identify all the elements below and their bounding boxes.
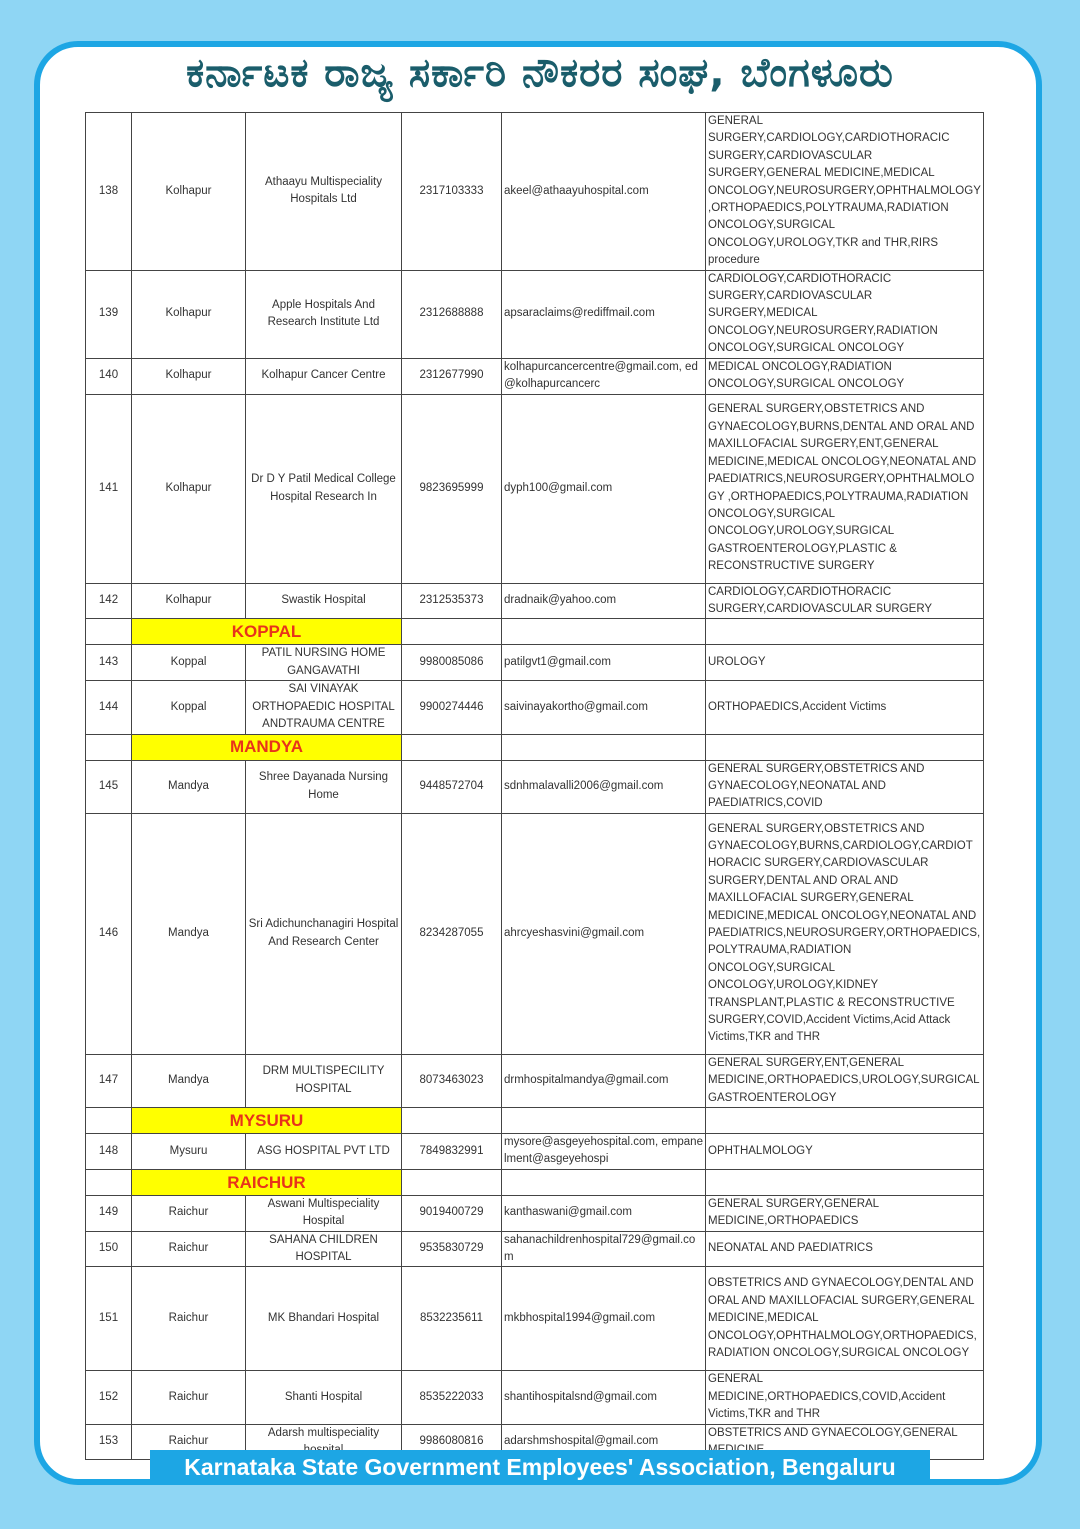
empty-cell	[86, 1169, 132, 1195]
district-header-row: MYSURU	[86, 1107, 984, 1133]
empty-cell	[706, 1107, 984, 1133]
empty-cell	[706, 734, 984, 760]
email-address: sdnhmalavalli2006@gmail.com	[502, 760, 706, 813]
district-header-row: MANDYA	[86, 734, 984, 760]
table-row: 143KoppalPATIL NURSING HOME GANGAVATHI99…	[86, 645, 984, 681]
phone-number: 9823695999	[402, 394, 502, 583]
empty-cell	[502, 734, 706, 760]
serial-number: 138	[86, 113, 132, 271]
hospital-table: 138KolhapurAthaayu Multispeciality Hospi…	[85, 112, 984, 1460]
hospital-name: Shree Dayanada Nursing Home	[246, 760, 402, 813]
email-address: patilgvt1@gmail.com	[502, 645, 706, 681]
phone-number: 2312688888	[402, 270, 502, 358]
email-address: dradnaik@yahoo.com	[502, 583, 706, 619]
table-row: 141KolhapurDr D Y Patil Medical College …	[86, 394, 984, 583]
empty-cell	[502, 1169, 706, 1195]
phone-number: 8234287055	[402, 813, 502, 1054]
district-label: MYSURU	[132, 1107, 402, 1133]
specialities: UROLOGY	[706, 645, 984, 681]
table-row: 139KolhapurApple Hospitals And Research …	[86, 270, 984, 358]
hospital-name: SAHANA CHILDREN HOSPITAL	[246, 1231, 402, 1267]
district-label: KOPPAL	[132, 619, 402, 645]
serial-number: 152	[86, 1371, 132, 1424]
footer-banner: Karnataka State Government Employees' As…	[150, 1450, 930, 1484]
table-row: 151RaichurMK Bhandari Hospital8532235611…	[86, 1267, 984, 1371]
serial-number: 144	[86, 681, 132, 734]
specialities: CARDIOLOGY,CARDIOTHORACIC SURGERY,CARDIO…	[706, 270, 984, 358]
district-header-row: RAICHUR	[86, 1169, 984, 1195]
page-title: ಕರ್ನಾಟಕ ರಾಜ್ಯ ಸರ್ಕಾರಿ ನೌಕರರ ಸಂಘ, ಬೆಂಗಳೂರ…	[0, 50, 1080, 96]
empty-cell	[402, 734, 502, 760]
city: Koppal	[132, 645, 246, 681]
serial-number: 148	[86, 1133, 132, 1169]
city: Raichur	[132, 1195, 246, 1231]
specialities: OBSTETRICS AND GYNAECOLOGY,DENTAL AND OR…	[706, 1267, 984, 1371]
phone-number: 9448572704	[402, 760, 502, 813]
email-address: kolhapurcancercentre@gmail.com, ed@kolha…	[502, 358, 706, 394]
phone-number: 9535830729	[402, 1231, 502, 1267]
phone-number: 2317103333	[402, 113, 502, 271]
city: Kolhapur	[132, 583, 246, 619]
hospital-name: Aswani Multispeciality Hospital	[246, 1195, 402, 1231]
empty-cell	[706, 619, 984, 645]
phone-number: 8532235611	[402, 1267, 502, 1371]
serial-number: 146	[86, 813, 132, 1054]
specialities: GENERAL SURGERY,CARDIOLOGY,CARDIOTHORACI…	[706, 113, 984, 271]
city: Mandya	[132, 1054, 246, 1107]
city: Raichur	[132, 1231, 246, 1267]
email-address: ahrcyeshasvini@gmail.com	[502, 813, 706, 1054]
hospital-name: Shanti Hospital	[246, 1371, 402, 1424]
hospital-name: Kolhapur Cancer Centre	[246, 358, 402, 394]
city: Mandya	[132, 760, 246, 813]
table-row: 146MandyaSri Adichunchanagiri Hospital A…	[86, 813, 984, 1054]
specialities: GENERAL SURGERY,OBSTETRICS AND GYNAECOLO…	[706, 813, 984, 1054]
table-row: 142KolhapurSwastik Hospital2312535373dra…	[86, 583, 984, 619]
serial-number: 150	[86, 1231, 132, 1267]
hospital-name: Apple Hospitals And Research Institute L…	[246, 270, 402, 358]
city: Raichur	[132, 1267, 246, 1371]
email-address: dyph100@gmail.com	[502, 394, 706, 583]
table-row: 140KolhapurKolhapur Cancer Centre2312677…	[86, 358, 984, 394]
specialities: GENERAL MEDICINE,ORTHOPAEDICS,COVID,Acci…	[706, 1371, 984, 1424]
city: Raichur	[132, 1371, 246, 1424]
email-address: apsaraclaims@rediffmail.com	[502, 270, 706, 358]
serial-number: 149	[86, 1195, 132, 1231]
empty-cell	[86, 734, 132, 760]
email-address: saivinayakortho@gmail.com	[502, 681, 706, 734]
hospital-name: DRM MULTISPECILITY HOSPITAL	[246, 1054, 402, 1107]
serial-number: 141	[86, 394, 132, 583]
specialities: GENERAL SURGERY,ENT,GENERAL MEDICINE,ORT…	[706, 1054, 984, 1107]
specialities: GENERAL SURGERY,OBSTETRICS AND GYNAECOLO…	[706, 760, 984, 813]
table-row: 145MandyaShree Dayanada Nursing Home9448…	[86, 760, 984, 813]
serial-number: 153	[86, 1424, 132, 1460]
empty-cell	[86, 619, 132, 645]
city: Mandya	[132, 813, 246, 1054]
serial-number: 147	[86, 1054, 132, 1107]
serial-number: 139	[86, 270, 132, 358]
email-address: shantihospitalsnd@gmail.com	[502, 1371, 706, 1424]
hospital-name: ASG HOSPITAL PVT LTD	[246, 1133, 402, 1169]
hospital-table-body: 138KolhapurAthaayu Multispeciality Hospi…	[86, 113, 984, 1460]
phone-number: 8535222033	[402, 1371, 502, 1424]
hospital-name: Sri Adichunchanagiri Hospital And Resear…	[246, 813, 402, 1054]
hospital-name: Athaayu Multispeciality Hospitals Ltd	[246, 113, 402, 271]
table-row: 147MandyaDRM MULTISPECILITY HOSPITAL8073…	[86, 1054, 984, 1107]
table-row: 149RaichurAswani Multispeciality Hospita…	[86, 1195, 984, 1231]
specialities: NEONATAL AND PAEDIATRICS	[706, 1231, 984, 1267]
specialities: CARDIOLOGY,CARDIOTHORACIC SURGERY,CARDIO…	[706, 583, 984, 619]
phone-number: 8073463023	[402, 1054, 502, 1107]
serial-number: 151	[86, 1267, 132, 1371]
email-address: mkbhospital1994@gmail.com	[502, 1267, 706, 1371]
city: Kolhapur	[132, 394, 246, 583]
serial-number: 145	[86, 760, 132, 813]
city: Mysuru	[132, 1133, 246, 1169]
email-address: akeel@athaayuhospital.com	[502, 113, 706, 271]
specialities: GENERAL SURGERY,GENERAL MEDICINE,ORTHOPA…	[706, 1195, 984, 1231]
serial-number: 142	[86, 583, 132, 619]
hospital-name: MK Bhandari Hospital	[246, 1267, 402, 1371]
table-row: 152RaichurShanti Hospital8535222033shant…	[86, 1371, 984, 1424]
empty-cell	[502, 619, 706, 645]
district-label: MANDYA	[132, 734, 402, 760]
empty-cell	[402, 619, 502, 645]
city: Kolhapur	[132, 358, 246, 394]
phone-number: 9980085086	[402, 645, 502, 681]
phone-number: 2312677990	[402, 358, 502, 394]
city: Kolhapur	[132, 113, 246, 271]
table-row: 144KoppalSAI VINAYAK ORTHOPAEDIC HOSPITA…	[86, 681, 984, 734]
city: Koppal	[132, 681, 246, 734]
empty-cell	[402, 1107, 502, 1133]
email-address: mysore@asgeyehospital.com, empanelment@a…	[502, 1133, 706, 1169]
district-header-row: KOPPAL	[86, 619, 984, 645]
empty-cell	[86, 1107, 132, 1133]
empty-cell	[402, 1169, 502, 1195]
hospital-name: Dr D Y Patil Medical College Hospital Re…	[246, 394, 402, 583]
serial-number: 143	[86, 645, 132, 681]
table-row: 138KolhapurAthaayu Multispeciality Hospi…	[86, 113, 984, 271]
email-address: drmhospitalmandya@gmail.com	[502, 1054, 706, 1107]
phone-number: 9019400729	[402, 1195, 502, 1231]
serial-number: 140	[86, 358, 132, 394]
hospital-name: PATIL NURSING HOME GANGAVATHI	[246, 645, 402, 681]
empty-cell	[706, 1169, 984, 1195]
phone-number: 2312535373	[402, 583, 502, 619]
email-address: sahanachildrenhospital729@gmail.com	[502, 1231, 706, 1267]
specialities: OPHTHALMOLOGY	[706, 1133, 984, 1169]
specialities: MEDICAL ONCOLOGY,RADIATION ONCOLOGY,SURG…	[706, 358, 984, 394]
district-label: RAICHUR	[132, 1169, 402, 1195]
table-row: 148MysuruASG HOSPITAL PVT LTD7849832991m…	[86, 1133, 984, 1169]
email-address: kanthaswani@gmail.com	[502, 1195, 706, 1231]
specialities: ORTHOPAEDICS,Accident Victims	[706, 681, 984, 734]
specialities: GENERAL SURGERY,OBSTETRICS AND GYNAECOLO…	[706, 394, 984, 583]
city: Kolhapur	[132, 270, 246, 358]
table-row: 150RaichurSAHANA CHILDREN HOSPITAL953583…	[86, 1231, 984, 1267]
hospital-name: SAI VINAYAK ORTHOPAEDIC HOSPITAL ANDTRAU…	[246, 681, 402, 734]
phone-number: 7849832991	[402, 1133, 502, 1169]
phone-number: 9900274446	[402, 681, 502, 734]
hospital-name: Swastik Hospital	[246, 583, 402, 619]
empty-cell	[502, 1107, 706, 1133]
